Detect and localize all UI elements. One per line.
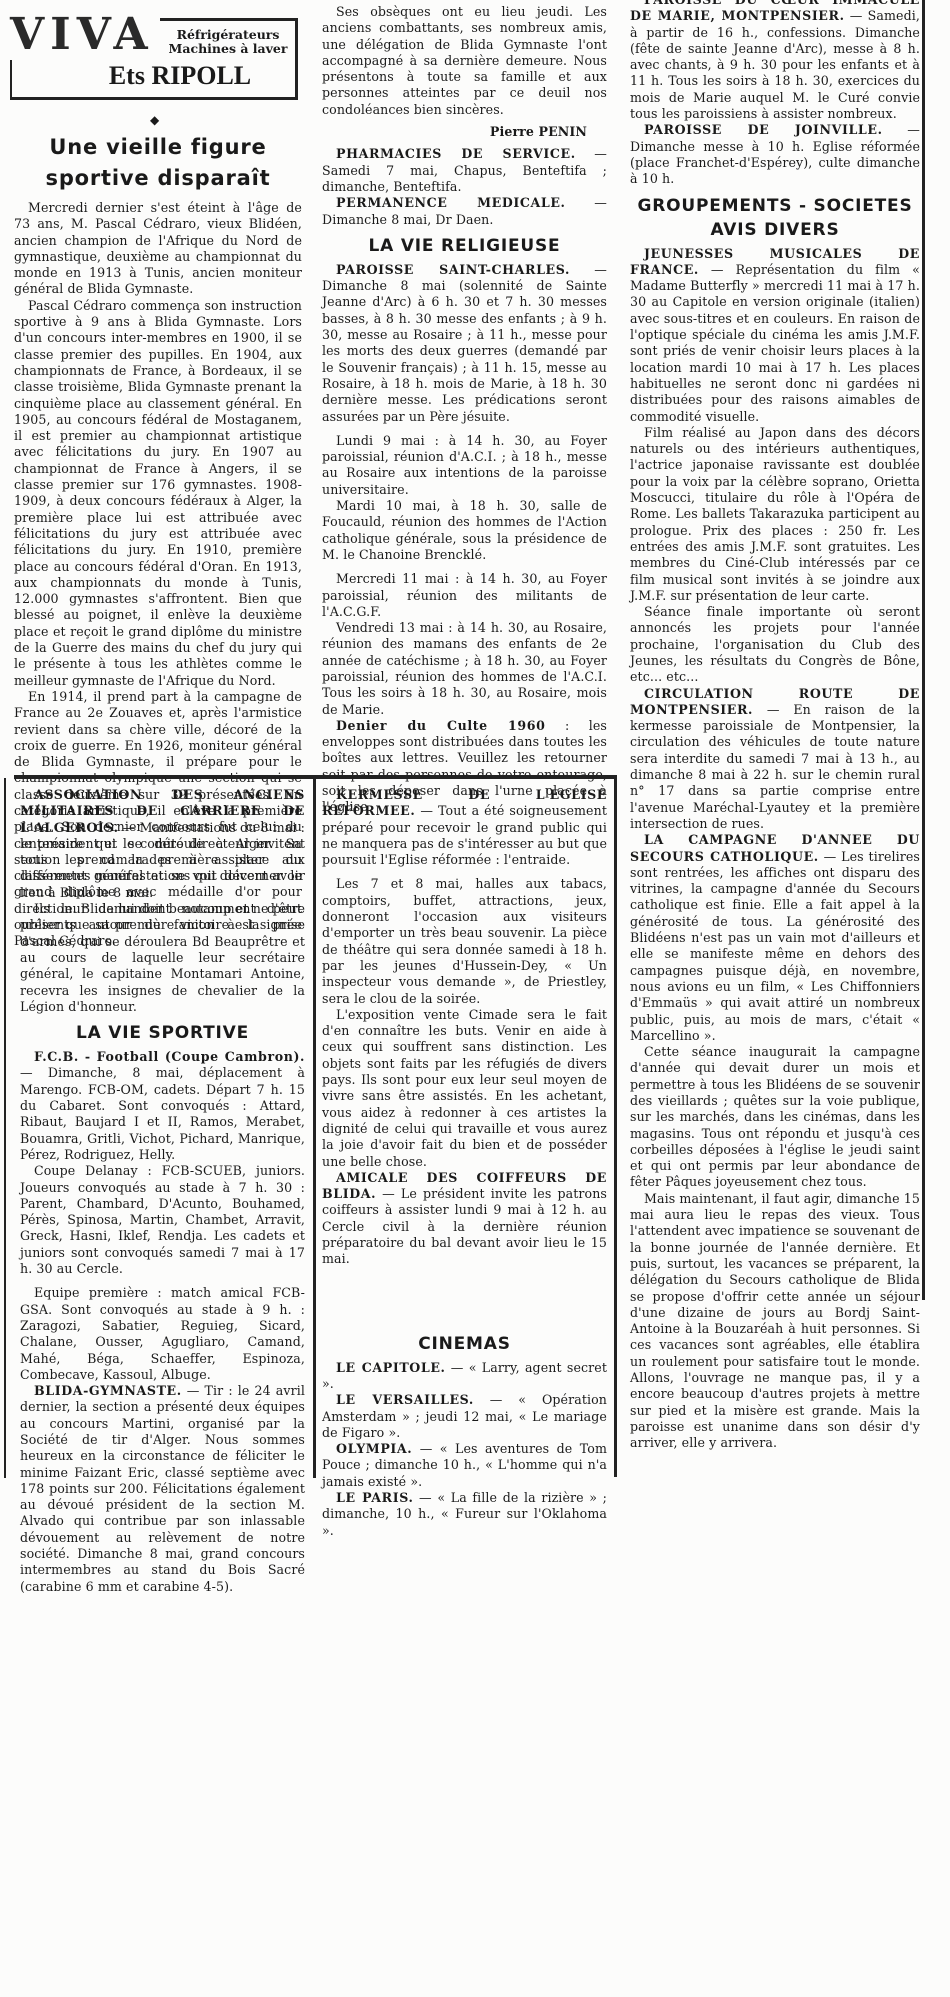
cinema-item: LE VERSAILLES. — « Opération Amsterdam »… xyxy=(322,1392,607,1441)
obituary-paragraph: Pascal Cédraro commença son instruction … xyxy=(14,298,302,689)
obituary-title: Une vieille figure sportive disparaît xyxy=(14,132,302,194)
kermesse-paragraph: L'exposition vente Cimade sera le fait d… xyxy=(322,1007,607,1170)
column-rule xyxy=(922,0,925,1300)
column-3: PAROISSE DU CŒUR IMMACULE DE MARIE, MONT… xyxy=(630,0,920,1452)
secours-paragraph: Cette séance inaugurait la campagne d'an… xyxy=(630,1044,920,1191)
notice-jmf: JEUNESSES MUSICALES DE FRANCE. — Représe… xyxy=(630,246,920,425)
column-2-top: Ses obsèques ont eu lieu jeudi. Les anci… xyxy=(322,4,607,816)
notice-blida-gymnaste: BLIDA-GYMNASTE. — Tir : le 24 avril dern… xyxy=(20,1383,305,1595)
notice-amicale: AMICALE DES COIFFEURS DE BLIDA. — Le pré… xyxy=(322,1170,607,1268)
notice-permanence: PERMANENCE MEDICALE. — Dimanche 8 mai, D… xyxy=(322,195,607,228)
religious-paragraph: Mardi 10 mai, à 18 h. 30, salle de Fouca… xyxy=(322,498,607,563)
notice-coeur-immacule: PAROISSE DU CŒUR IMMACULE DE MARIE, MONT… xyxy=(630,0,920,122)
notice-kermesse: KERMESSE DE L'EGLISE REFORMEE. — Tout a … xyxy=(322,787,607,868)
box-rule-middle xyxy=(313,778,316,1478)
advertisement-box: VIVA Réfrigérateurs Machines à laver Ets… xyxy=(10,14,298,100)
box-rule-left xyxy=(4,778,6,1478)
jmf-paragraph: Séance finale importante où seront annon… xyxy=(630,604,920,685)
section-title-groupements: GROUPEMENTS - SOCIETES AVIS DIVERS xyxy=(630,194,920,242)
notice-association: ASSOCIATION DES ANCIENS MILITAIRES DE CA… xyxy=(20,787,305,901)
ornament-icon: ◆ xyxy=(150,113,159,127)
cinema-item: LE PARIS. — « La fille de la rizière » ;… xyxy=(322,1490,607,1539)
notice-saint-charles: PAROISSE SAINT-CHARLES. — Dimanche 8 mai… xyxy=(322,262,607,425)
religious-paragraph: Vendredi 13 mai : à 14 h. 30, au Rosaire… xyxy=(322,620,607,718)
notice-circulation: CIRCULATION ROUTE DE MONTPENSIER. — En r… xyxy=(630,686,920,833)
advertisement-products: Réfrigérateurs Machines à laver xyxy=(160,28,296,56)
jmf-paragraph: Film réalisé au Japon dans des décors na… xyxy=(630,425,920,604)
notice-pharmacies: PHARMACIES DE SERVICE. — Samedi 7 mai, C… xyxy=(322,146,607,195)
notice-fcb: F.C.B. - Football (Coupe Cambron). — Dim… xyxy=(20,1049,305,1163)
secours-paragraph: Mais maintenant, il faut agir, dimanche … xyxy=(630,1191,920,1452)
section-title-religieuse: LA VIE RELIGIEUSE xyxy=(322,234,607,258)
box-rule-right xyxy=(614,775,617,1477)
obituary-paragraph: Ses obsèques ont eu lieu jeudi. Les anci… xyxy=(322,4,607,118)
fcb-paragraph: Equipe première : match amical FCB-GSA. … xyxy=(20,1285,305,1383)
notice-secours: LA CAMPAGNE D'ANNEE DU SECOURS CATHOLIQU… xyxy=(630,832,920,1044)
column-1-bottom: ASSOCIATION DES ANCIENS MILITAIRES DE CA… xyxy=(20,787,305,1595)
column-2-bottom: KERMESSE DE L'EGLISE REFORMEE. — Tout a … xyxy=(322,787,607,1539)
fcb-paragraph: Coupe Delanay : FCB-SCUEB, juniors. Joue… xyxy=(20,1163,305,1277)
cinema-item: OLYMPIA. — « Les aventures de Tom Pouce … xyxy=(322,1441,607,1490)
obituary-signature: Pierre PENIN xyxy=(322,124,607,140)
newspaper-page: VIVA Réfrigérateurs Machines à laver Ets… xyxy=(0,0,950,1997)
religious-paragraph: Lundi 9 mai : à 14 h. 30, au Foyer paroi… xyxy=(322,433,607,498)
association-paragraph: Ils leur demandent notamment d'être prés… xyxy=(20,901,305,1015)
notice-joinville: PAROISSE DE JOINVILLE. — Dimanche messe … xyxy=(630,122,920,187)
cinema-item: LE CAPITOLE. — « Larry, agent secret ». xyxy=(322,1360,607,1393)
obituary-paragraph: Mercredi dernier s'est éteint à l'âge de… xyxy=(14,200,302,298)
section-title-sportive: LA VIE SPORTIVE xyxy=(20,1021,305,1045)
advertisement-brand: VIVA xyxy=(8,10,160,60)
advertisement-company: Ets RIPOLL xyxy=(70,60,290,92)
religious-paragraph: Mercredi 11 mai : à 14 h. 30, au Foyer p… xyxy=(322,571,607,620)
kermesse-paragraph: Les 7 et 8 mai, halles aux tabacs, compt… xyxy=(322,876,607,1006)
section-title-cinemas: CINEMAS xyxy=(322,1332,607,1356)
